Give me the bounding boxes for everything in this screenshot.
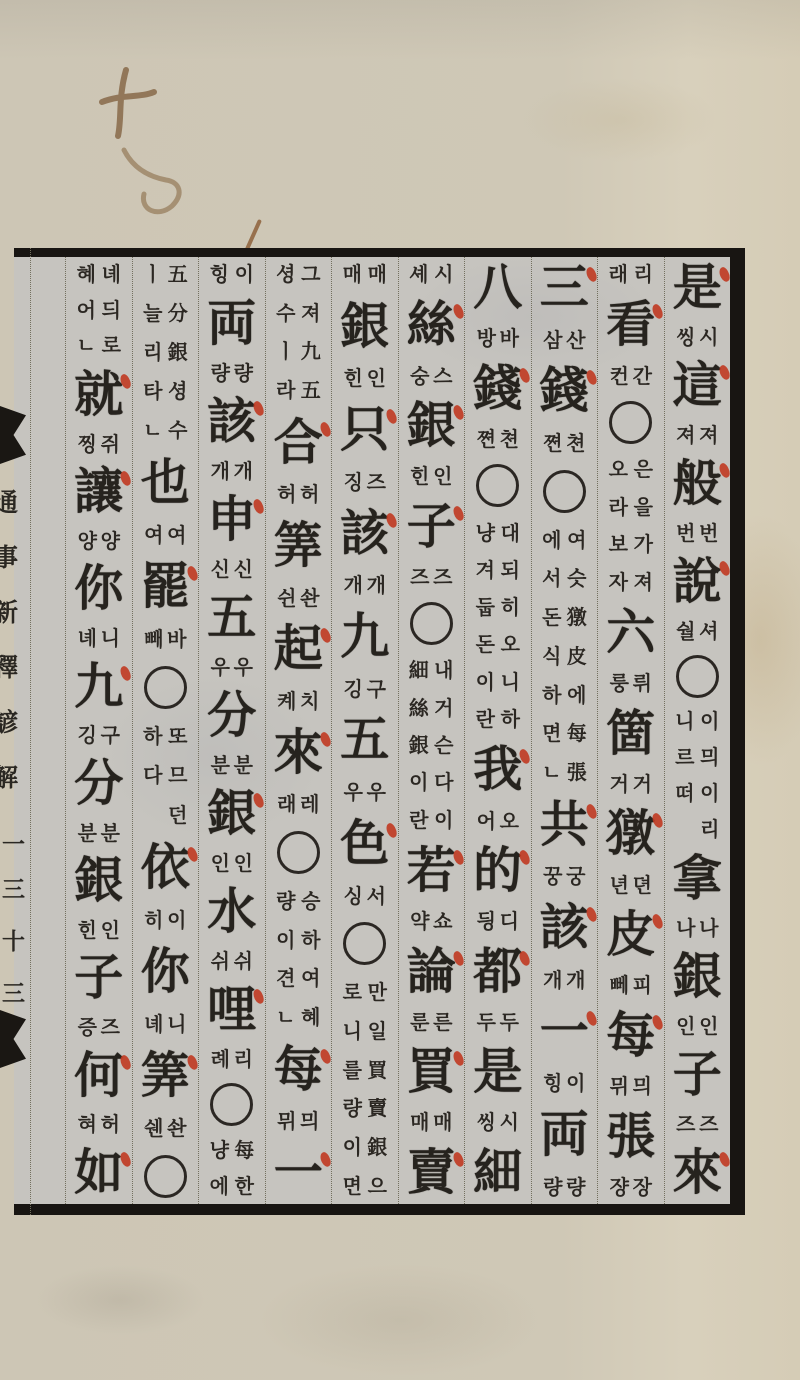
hangul-gloss-pair: 깅구 xyxy=(343,678,386,700)
gloss-char: 뮈 xyxy=(609,1075,629,1097)
translation-pair: 셰시 xyxy=(409,263,454,286)
pair-right-char: 만 xyxy=(367,981,387,1004)
pair-left-char: 하 xyxy=(542,684,562,707)
pair-right-char: 은 xyxy=(633,458,653,481)
gloss-char: 쳔 xyxy=(566,432,586,454)
pair-right-char: 五 xyxy=(168,263,188,286)
hanzi-char: 張 xyxy=(606,1112,655,1162)
gloss-char: 쉔 xyxy=(144,1117,164,1139)
gloss-char: 우 xyxy=(233,656,253,678)
hanzi-char: 分 xyxy=(207,691,256,741)
translation-pair: 혜녜 xyxy=(76,263,121,286)
pair-left-char: 냥 xyxy=(209,1139,229,1162)
gloss-char: 여 xyxy=(144,524,164,546)
hangul-gloss-pair: 신신 xyxy=(210,558,253,580)
hanzi-char: 五 xyxy=(207,593,256,643)
red-tone-mark xyxy=(717,1151,732,1168)
hanzi-char: 賣 xyxy=(407,1148,456,1198)
translation-pair: 오은 xyxy=(608,458,653,481)
translation-pair: 란하 xyxy=(475,708,520,731)
translation-pair: 에여 xyxy=(542,529,587,552)
pair-left-char: ㅣ xyxy=(276,340,296,363)
pair-left-char: 면 xyxy=(542,722,562,745)
pair-right-char: 니 xyxy=(500,671,520,694)
translation-pair: 를買 xyxy=(342,1059,387,1082)
pair-right-char: 셩 xyxy=(168,380,188,403)
pair-right-char: 賣 xyxy=(367,1097,387,1120)
translation-pair: 래리 xyxy=(608,263,653,286)
gloss-char: 인 xyxy=(233,852,253,874)
hanzi-char: 般 xyxy=(673,459,722,509)
hangul-gloss-pair: 쪈쳔 xyxy=(543,432,586,454)
gloss-char: 궁 xyxy=(566,865,586,887)
pair-left-char: 銀 xyxy=(409,734,429,757)
hanzi-char: 何 xyxy=(74,1051,123,1101)
gloss-char: 뮈 xyxy=(277,1110,297,1132)
gloss-char: 장 xyxy=(632,1176,652,1198)
text-column-4: 八방바錢쪈쳔냥대겨되둡히돈오이니란하我어오的딍디都두두是씽시細 xyxy=(464,257,531,1204)
circle-separator xyxy=(410,602,453,645)
pair-right-char: 시 xyxy=(434,263,454,286)
pair-left-char: 타 xyxy=(143,380,163,403)
pair-left-char: 혜 xyxy=(76,263,96,286)
gloss-char: 신 xyxy=(233,558,253,580)
gloss-char: 컨 xyxy=(609,365,629,387)
pair-right-char: 이 xyxy=(700,782,720,805)
hanzi-char: 箇 xyxy=(606,709,655,759)
text-column-6: 매매銀힌인只징즈該개개九깅구五우우色싱서로만니일를買량賣이銀면으 xyxy=(331,257,398,1204)
gloss-char: 스 xyxy=(433,365,453,387)
text-column-7: 셩그수져ㅣ九라五合허허筭쉰솬起켸치來래레량승이하견여ㄴ혜每뮈믜一 xyxy=(265,257,332,1204)
hanzi-char: 如 xyxy=(74,1148,123,1198)
gloss-char: 바 xyxy=(167,628,187,650)
circle-separator xyxy=(144,1155,187,1198)
spine-fold-strip: 通事新釋諺解一三十三 xyxy=(0,248,31,1215)
pair-right-char: 던 xyxy=(168,804,188,827)
hangul-gloss-pair: 뻬피 xyxy=(609,974,652,996)
pair-right-char: 여 xyxy=(301,967,321,990)
hanzi-char: 若 xyxy=(407,846,456,896)
pair-right-char: 져 xyxy=(633,571,653,594)
pair-left-char: 매 xyxy=(342,263,362,286)
pair-left-char: 를 xyxy=(342,1059,362,1082)
gloss-char: 즈 xyxy=(100,1016,120,1038)
gloss-char: 혀 xyxy=(77,1113,97,1135)
hanzi-char: 錢 xyxy=(473,364,522,414)
circle-separator xyxy=(343,922,386,965)
translation-pair: 떠이 xyxy=(675,782,720,805)
gloss-char: 쉰 xyxy=(277,587,297,609)
pair-left-char: 오 xyxy=(608,458,628,481)
gloss-char: 쉬 xyxy=(210,950,230,972)
translation-pair: 르믜 xyxy=(675,746,720,769)
hanzi-char: 只 xyxy=(340,405,389,455)
circle-separator xyxy=(676,655,719,698)
hanzi-char: 銀 xyxy=(673,952,722,1002)
pair-right-char: 이 xyxy=(234,263,254,286)
gloss-char: 져 xyxy=(676,424,696,446)
pair-left-char: 셩 xyxy=(276,263,296,286)
pair-right-char: 대 xyxy=(500,522,520,545)
hangul-gloss-pair: 년뎐 xyxy=(609,874,652,896)
hangul-gloss-pair: 거거 xyxy=(609,773,652,795)
pair-left-char: 돈 xyxy=(542,606,562,629)
hangul-gloss-pair: 씽시 xyxy=(676,326,719,348)
hanzi-char: 拿 xyxy=(673,854,722,904)
hangul-gloss-pair: 쉬쉬 xyxy=(210,950,253,972)
pair-right-char: 거 xyxy=(434,697,454,720)
gloss-char: 룽 xyxy=(609,672,629,694)
gloss-char: 허 xyxy=(300,483,320,505)
pair-left-char xyxy=(675,818,695,841)
hanzi-char: 看 xyxy=(606,300,655,350)
hangul-gloss-pair: 량량 xyxy=(543,1176,586,1198)
translation-pair: 늘分 xyxy=(143,302,188,325)
gloss-char: 인 xyxy=(100,919,120,941)
hangul-gloss-pair: 숭스 xyxy=(410,365,453,387)
hanzi-char: 九 xyxy=(340,612,389,662)
pair-right-char: 믜 xyxy=(700,746,720,769)
pair-right-char: 하 xyxy=(500,708,520,731)
pair-right-char: 五 xyxy=(301,379,321,402)
pair-left-char: ㄴ xyxy=(276,1006,296,1029)
gloss-char: 개 xyxy=(233,460,253,482)
hangul-gloss-pair: 개개 xyxy=(343,574,386,596)
pair-right-char: 로 xyxy=(101,334,121,357)
gloss-char: 빼 xyxy=(144,628,164,650)
printed-frame: 是씽시這져져般번번說숼셔니이르믜떠이리拿나나銀인인子즈즈來래리看컨간오은라을보가… xyxy=(14,248,745,1215)
gloss-char: 개 xyxy=(343,574,363,596)
gloss-char: 두 xyxy=(499,1011,519,1033)
gloss-char: 믜 xyxy=(632,1075,652,1097)
spine-title-char: 事 xyxy=(0,545,27,570)
pair-right-char: 이 xyxy=(700,710,720,733)
translation-pair: 하또 xyxy=(143,725,188,748)
circle-separator xyxy=(210,1083,253,1126)
hanzi-char: 論 xyxy=(407,947,456,997)
text-column-1: 是씽시這져져般번번說숼셔니이르믜떠이리拿나나銀인인子즈즈來 xyxy=(664,257,731,1204)
pair-right-char: 일 xyxy=(367,1020,387,1043)
hanzi-char: 八 xyxy=(473,263,522,313)
hangul-gloss-pair: 즈즈 xyxy=(410,566,453,588)
translation-pair: 서슷 xyxy=(542,567,587,590)
spine-title-char: 解 xyxy=(0,765,27,790)
translation-pair: 이다 xyxy=(409,771,454,794)
hangul-gloss-pair: 인인 xyxy=(676,1015,719,1037)
hanzi-char: 起 xyxy=(274,624,323,674)
gloss-char: 개 xyxy=(566,969,586,991)
translation-pair: 량승 xyxy=(276,890,321,913)
hangul-gloss-pair: 개개 xyxy=(210,460,253,482)
translation-pair: 리 xyxy=(675,818,720,841)
translation-pair: ㄴ張 xyxy=(542,761,587,784)
hanzi-char: 這 xyxy=(673,361,722,411)
gloss-char: 개 xyxy=(210,460,230,482)
pair-right-char: 리 xyxy=(700,818,720,841)
gloss-char: 쇼 xyxy=(433,910,453,932)
gloss-char: 쪈 xyxy=(543,432,563,454)
gloss-char: 뎐 xyxy=(632,874,652,896)
hangul-gloss-pair: 양양 xyxy=(77,530,120,552)
gloss-char: 뻬 xyxy=(609,974,629,996)
gloss-char: 즈 xyxy=(676,1113,696,1135)
pair-right-char: 혜 xyxy=(301,1006,321,1029)
pair-left-char: 니 xyxy=(342,1020,362,1043)
gloss-char: 믜 xyxy=(300,1110,320,1132)
translation-pair: ㄴ로 xyxy=(76,334,121,357)
translation-pair: 힝이 xyxy=(209,263,254,286)
pair-left-char xyxy=(143,804,163,827)
pair-right-char: 皮 xyxy=(567,645,587,668)
gloss-char: 녜 xyxy=(77,627,97,649)
gloss-char: 솬 xyxy=(300,587,320,609)
gloss-char: 싱 xyxy=(343,885,363,907)
pair-left-char: 셰 xyxy=(409,263,429,286)
gloss-char: 거 xyxy=(609,773,629,795)
hangul-gloss-pair: 어오 xyxy=(476,810,519,832)
gloss-char: 번 xyxy=(699,522,719,544)
translation-pair: 라을 xyxy=(608,496,653,519)
hangul-gloss-pair: 뮈믜 xyxy=(609,1075,652,1097)
gloss-char: 징 xyxy=(343,471,363,493)
hangul-gloss-pair: 증즈 xyxy=(77,1016,120,1038)
hangul-gloss-pair: 혀허 xyxy=(77,1113,120,1135)
translation-pair: 리銀 xyxy=(143,341,188,364)
gloss-char: 우 xyxy=(210,656,230,678)
hanzi-char: 你 xyxy=(74,564,123,614)
gloss-char: 룬 xyxy=(410,1011,430,1033)
translation-pair: 냥대 xyxy=(475,522,520,545)
gloss-char: 년 xyxy=(609,874,629,896)
hanzi-char: 銀 xyxy=(340,302,389,352)
pair-left-char: 絲 xyxy=(409,697,429,720)
gloss-char: 량 xyxy=(543,1176,563,1198)
translation-pair: ㅣ九 xyxy=(276,340,321,363)
hangul-gloss-pair: 져져 xyxy=(676,424,719,446)
translation-pair: 라五 xyxy=(276,379,321,402)
translation-pair: 돈獤 xyxy=(542,606,587,629)
gloss-char: 래 xyxy=(277,793,297,815)
hangul-gloss-pair: 례리 xyxy=(210,1048,253,1070)
gloss-char: 깅 xyxy=(77,724,97,746)
gloss-char: 나 xyxy=(676,917,696,939)
gloss-char: 분 xyxy=(210,754,230,776)
gloss-char: 쉬 xyxy=(233,950,253,972)
hanzi-char: 銀 xyxy=(74,856,123,906)
gloss-char: 피 xyxy=(632,974,652,996)
hanzi-char: 都 xyxy=(473,947,522,997)
hanzi-char: 細 xyxy=(473,1148,522,1198)
hanzi-char: 分 xyxy=(74,759,123,809)
gloss-char: 오 xyxy=(499,810,519,832)
gloss-char: 구 xyxy=(366,678,386,700)
pair-left-char: 수 xyxy=(276,302,296,325)
handwritten-mark xyxy=(88,58,208,228)
pair-right-char: 九 xyxy=(301,340,321,363)
pair-right-char: 되 xyxy=(500,559,520,582)
hanzi-char: 五 xyxy=(340,715,389,765)
translation-pair: 매매 xyxy=(342,263,387,286)
hanzi-char: 哩 xyxy=(207,985,256,1035)
gloss-char: 른 xyxy=(433,1011,453,1033)
hangul-gloss-pair: 나나 xyxy=(676,917,719,939)
pair-left-char: 로 xyxy=(342,981,362,1004)
hangul-gloss-pair: 히이 xyxy=(144,909,187,931)
hangul-gloss-pair: 우우 xyxy=(343,781,386,803)
pair-right-char: 히 xyxy=(500,596,520,619)
pair-right-char: 을 xyxy=(633,496,653,519)
text-column-3: 三삼산錢쪈쳔에여서슷돈獤식皮하에면每ㄴ張共꿍궁該개개一힝이両량량 xyxy=(531,257,598,1204)
gloss-char: 힌 xyxy=(410,465,430,487)
hanzi-char: 該 xyxy=(207,397,256,447)
circle-separator xyxy=(476,464,519,507)
gloss-char: 레 xyxy=(300,793,320,815)
hangul-gloss-pair: 빼바 xyxy=(144,628,187,650)
hangul-gloss-pair: 분분 xyxy=(77,822,120,844)
gloss-char: 녜 xyxy=(144,1013,164,1035)
circle-separator xyxy=(144,666,187,709)
hanzi-char: 該 xyxy=(540,903,589,953)
hanzi-char: 是 xyxy=(673,263,722,313)
gloss-char: 즈 xyxy=(699,1113,719,1135)
gloss-char: 거 xyxy=(632,773,652,795)
hanzi-char: 買 xyxy=(407,1047,456,1097)
hangul-gloss-pair: 방바 xyxy=(476,327,519,349)
pair-right-char: 이 xyxy=(434,809,454,832)
gloss-char: 씽 xyxy=(676,326,696,348)
gloss-char: 쪈 xyxy=(476,428,496,450)
text-column-9: ㅣ五늘分리銀타셩ㄴ수也여여罷빼바하또다므던依히이你녜니筭쉔솬 xyxy=(132,257,199,1204)
gloss-char: 간 xyxy=(632,365,652,387)
pair-right-char: 다 xyxy=(434,771,454,794)
gloss-char: 힌 xyxy=(77,919,97,941)
pair-right-char: 가 xyxy=(633,533,653,556)
hanzi-char: 該 xyxy=(340,509,389,559)
pair-left-char: 하 xyxy=(143,725,163,748)
pair-left-char: 라 xyxy=(276,379,296,402)
gloss-char: 이 xyxy=(566,1072,586,1094)
hanzi-char: 來 xyxy=(274,728,323,778)
gloss-char: 방 xyxy=(476,327,496,349)
hangul-gloss-pair: 량량 xyxy=(210,362,253,384)
hanzi-char: 銀 xyxy=(407,401,456,451)
pair-right-char: 買 xyxy=(367,1059,387,1082)
hangul-gloss-pair: 힌인 xyxy=(410,465,453,487)
hanzi-char: 絲 xyxy=(407,300,456,350)
gloss-char: 씽 xyxy=(476,1111,496,1133)
pair-left-char: 보 xyxy=(608,533,628,556)
gloss-char: 나 xyxy=(699,917,719,939)
pair-left-char: 리 xyxy=(143,341,163,364)
text-column-10: 혜녜어듸ㄴ로就찡쥐讓양양你녜니九깅구分분분銀힌인子증즈何혀허如 xyxy=(65,257,132,1204)
gloss-char: 여 xyxy=(167,524,187,546)
hangul-gloss-pair: 우우 xyxy=(210,656,253,678)
gloss-char: 증 xyxy=(77,1016,97,1038)
spine-title-char: 諺 xyxy=(0,710,27,735)
pair-left-char: 細 xyxy=(409,659,429,682)
pair-left-char: 견 xyxy=(276,967,296,990)
gloss-char: 량 xyxy=(210,362,230,384)
page-photo: 是씽시這져져般번번說숼셔니이르믜떠이리拿나나銀인인子즈즈來래리看컨간오은라을보가… xyxy=(0,0,800,1380)
pair-left-char: 에 xyxy=(542,529,562,552)
pair-left-char: 다 xyxy=(143,764,163,787)
spine-title-char: 通 xyxy=(0,490,27,515)
hangul-gloss-pair: 두두 xyxy=(476,1011,519,1033)
circle-separator xyxy=(609,401,652,444)
gloss-char: 즈 xyxy=(410,566,430,588)
hangul-gloss-pair: 쪈쳔 xyxy=(476,428,519,450)
hangul-gloss-pair: 여여 xyxy=(144,524,187,546)
gloss-char: 치 xyxy=(300,690,320,712)
gloss-char: 분 xyxy=(77,822,97,844)
hanzi-char: 合 xyxy=(274,418,323,468)
hangul-gloss-pair: 매매 xyxy=(410,1111,453,1133)
gloss-char: 허 xyxy=(277,483,297,505)
spine-page-number-char: 三 xyxy=(2,878,28,901)
gloss-char: 분 xyxy=(100,822,120,844)
gloss-char: 숼 xyxy=(676,620,696,642)
gloss-char: 져 xyxy=(699,424,719,446)
pair-right-char: 獤 xyxy=(567,606,587,629)
pair-left-char: ㄴ xyxy=(143,419,163,442)
gloss-char: 매 xyxy=(410,1111,430,1133)
pair-right-char: 수 xyxy=(168,419,188,442)
hangul-gloss-pair: 컨간 xyxy=(609,365,652,387)
gloss-char: 쥐 xyxy=(100,433,120,455)
gloss-char: 산 xyxy=(566,329,586,351)
translation-pair: 던 xyxy=(143,804,188,827)
gloss-char: 량 xyxy=(566,1176,586,1198)
pair-left-char: 힝 xyxy=(209,263,229,286)
hangul-gloss-pair: 징즈 xyxy=(343,471,386,493)
translation-pair: 량賣 xyxy=(342,1097,387,1120)
translation-pair: 수져 xyxy=(276,302,321,325)
hanzi-char: 就 xyxy=(74,370,123,420)
gloss-char: 셔 xyxy=(699,620,719,642)
spine-page-number-char: 十 xyxy=(2,930,28,953)
pair-left-char: 이 xyxy=(475,671,495,694)
pair-left-char: 겨 xyxy=(475,559,495,582)
translation-pair: ㄴ수 xyxy=(143,419,188,442)
gloss-char: 양 xyxy=(100,530,120,552)
hanzi-char: 罷 xyxy=(141,562,190,612)
translation-pair: 어듸 xyxy=(76,299,121,322)
pair-left-char: 식 xyxy=(542,645,562,668)
fishtail-bottom-icon xyxy=(0,1010,26,1068)
pair-right-char: 그 xyxy=(301,263,321,286)
pair-left-char: 래 xyxy=(608,263,628,286)
gloss-char: 개 xyxy=(366,574,386,596)
pair-left-char: 냥 xyxy=(475,522,495,545)
gloss-char: 약 xyxy=(410,910,430,932)
pair-left-char: 이 xyxy=(276,929,296,952)
translation-pair: 타셩 xyxy=(143,380,188,403)
columns-area: 是씽시這져져般번번說숼셔니이르믜떠이리拿나나銀인인子즈즈來래리看컨간오은라을보가… xyxy=(44,257,730,1204)
pair-right-char: 에 xyxy=(567,684,587,707)
gloss-char: 두 xyxy=(476,1011,496,1033)
translation-pair: 다므 xyxy=(143,764,188,787)
gloss-char: 우 xyxy=(343,781,363,803)
hanzi-char: 子 xyxy=(74,953,123,1003)
pair-left-char: 떠 xyxy=(675,782,695,805)
gloss-char: 분 xyxy=(233,754,253,776)
hanzi-char: 錢 xyxy=(540,366,589,416)
pair-left-char: 돈 xyxy=(475,633,495,656)
translation-pair: 로만 xyxy=(342,981,387,1004)
translation-pair: 이하 xyxy=(276,929,321,952)
pair-left-char: 에 xyxy=(209,1175,229,1198)
gloss-char: 히 xyxy=(144,909,164,931)
